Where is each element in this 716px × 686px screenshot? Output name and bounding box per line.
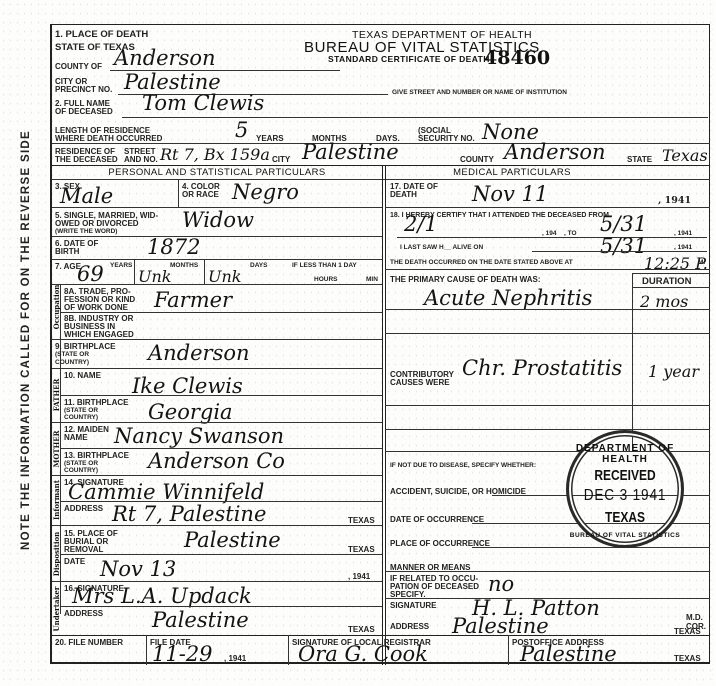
md-label: M.D. xyxy=(686,613,703,622)
mother-name: Nancy Swanson xyxy=(114,425,284,447)
father-name-label: 10. NAME xyxy=(64,371,101,380)
contributory-duration: 1 year xyxy=(648,361,699,383)
residence-years: 5 xyxy=(235,119,248,141)
birthplace-label-3: COUNTRY) xyxy=(55,359,89,366)
street-hint: GIVE STREET AND NUMBER OR NAME OF INSTIT… xyxy=(392,89,567,96)
m-label: M. xyxy=(698,259,705,266)
informant-address-label: ADDRESS xyxy=(64,504,103,513)
attended-to: 5/31 xyxy=(600,213,647,235)
undertaker-texas: TEXAS xyxy=(348,625,375,634)
street-label-2: AND NO. xyxy=(124,155,158,164)
years-label: YEARS xyxy=(256,134,284,143)
received-stamp: DEPARTMENT OF HEALTH RECEIVED DEC 3 1941… xyxy=(566,430,684,548)
last-saw-date: 5/31 xyxy=(600,235,647,257)
age-less-than-day-label: IF LESS THAN 1 DAY xyxy=(292,262,357,269)
mother-group-label: MOTHER xyxy=(52,423,61,475)
attended-from-year: , 194 xyxy=(542,230,556,237)
burial-date-label: DATE xyxy=(64,557,85,566)
undertaker-group-label: Undertaker xyxy=(52,581,61,637)
death-time-label: THE DEATH OCCURRED ON THE DATE STATED AB… xyxy=(390,259,573,266)
physician-signature-label: SIGNATURE xyxy=(390,601,437,610)
burial-year-suffix: , 1941 xyxy=(348,572,370,581)
age-years: 69 xyxy=(77,263,104,285)
residence-county: Anderson xyxy=(504,141,606,163)
to-label: , TO xyxy=(564,230,577,237)
mother-birthplace-label-3: COUNTRY) xyxy=(64,467,98,474)
attended-to-year: , 1941 xyxy=(674,230,692,237)
undertaker-address-label: ADDRESS xyxy=(64,609,103,618)
residence-city: Palestine xyxy=(302,141,399,163)
death-year: , 1941 xyxy=(658,195,691,206)
color-label-2: OR RACE xyxy=(182,190,219,199)
primary-cause: Acute Nephritis xyxy=(424,287,592,309)
residence-county-label: COUNTY xyxy=(460,155,494,164)
city-label-2: PRECINCT NO. xyxy=(55,85,112,94)
industry-label-3: WHICH ENGAGED xyxy=(64,330,134,339)
file-year-suffix: , 1941 xyxy=(224,654,246,663)
form-title: STANDARD CERTIFICATE OF DEATH xyxy=(328,54,490,64)
trade-label-3: OF WORK DONE xyxy=(64,303,128,312)
place-of-death-label: 1. PLACE OF DEATH xyxy=(55,29,148,40)
reverse-side-note: NOTE THE INFORMATION CALLED FOR ON THE R… xyxy=(20,20,32,660)
father-birthplace-label-1: 11. BIRTHPLACE xyxy=(64,398,128,407)
age-years-label: YEARS xyxy=(110,262,132,269)
stamp-ring-bottom: BUREAU OF VITAL STATISTICS xyxy=(569,532,681,539)
residence-state-label: STATE xyxy=(627,155,652,164)
stamp-ring-top: DEPARTMENT OF HEALTH xyxy=(569,443,681,465)
informant-address: Rt 7, Palestine xyxy=(112,503,266,525)
residence-street: Rt 7, Bx 159a xyxy=(160,144,270,166)
birthplace-label-1: 9. BIRTHPLACE xyxy=(55,342,115,351)
personal-section-title: PERSONAL AND STATISTICAL PARTICULARS xyxy=(52,167,382,178)
contributory-label-2: CAUSES WERE xyxy=(390,378,450,387)
death-certificate: 1. PLACE OF DEATH STATE OF TEXAS TEXAS D… xyxy=(50,24,710,664)
postoffice-texas: TEXAS xyxy=(674,654,701,663)
occupation-group-label: Occupation xyxy=(52,284,61,330)
trade-value: Farmer xyxy=(154,289,232,311)
last-saw-year: , 1941 xyxy=(674,244,692,251)
contributory-cause: Chr. Prostatitis xyxy=(462,357,622,379)
mother-name-label-2: NAME xyxy=(64,433,88,442)
residence-city-label: CITY xyxy=(272,155,290,164)
not-disease-label: IF NOT DUE TO DISEASE, SPECIFY WHETHER: xyxy=(390,462,536,469)
age-days-label: DAYS xyxy=(250,262,267,269)
primary-cause-label: THE PRIMARY CAUSE OF DEATH WAS: xyxy=(390,275,541,284)
residence-label-2: THE DECEASED xyxy=(55,155,118,164)
postoffice-value: Palestine xyxy=(520,643,617,665)
min-label: MIN xyxy=(366,276,378,283)
mother-birthplace-label-2: (STATE OR xyxy=(64,460,98,467)
color-value: Negro xyxy=(232,181,299,203)
physician-texas: TEXAS xyxy=(674,627,701,636)
informant-group-label: Informant xyxy=(52,475,61,525)
certificate-number: 48460 xyxy=(484,47,550,69)
sex-value: Male xyxy=(60,185,113,207)
death-date: Nov 11 xyxy=(472,183,548,205)
last-saw-label: I LAST SAW H__ ALIVE ON xyxy=(400,244,483,251)
marital-label-2: OWED OR DIVORCED xyxy=(55,219,139,228)
occupation-related-value: no xyxy=(488,573,514,595)
father-birthplace-label-3: COUNTRY) xyxy=(64,414,98,421)
marital-label-3: (WRITE THE WORD) xyxy=(55,228,117,235)
stamp-date: DEC 3 1941 xyxy=(577,487,672,505)
deceased-name: Tom Clewis xyxy=(142,92,264,114)
birthplace-label-2: (STATE OR xyxy=(55,351,89,358)
occurrence-date-label: DATE OF OCCURRENCE xyxy=(390,515,484,524)
county-value: Anderson xyxy=(114,47,216,69)
file-date: 11-29 xyxy=(152,643,213,665)
burial-date: Nov 13 xyxy=(100,558,176,580)
mother-birthplace-label-1: 13. BIRTHPLACE xyxy=(64,451,129,460)
city-value: Palestine xyxy=(124,71,221,93)
age-months-label: MONTHS xyxy=(170,262,198,269)
residence-state: Texas xyxy=(662,145,708,167)
ssn-label-2: SECURITY NO. xyxy=(418,134,475,143)
stamp-received: RECEIVED xyxy=(580,467,670,484)
father-name: Ike Clewis xyxy=(132,375,243,397)
birthplace-value: Anderson xyxy=(148,342,250,364)
county-label: COUNTY OF xyxy=(55,62,102,71)
burial-place: Palestine xyxy=(184,529,281,551)
father-birthplace: Georgia xyxy=(148,401,233,423)
informant-texas: TEXAS xyxy=(348,516,375,525)
death-date-label-2: DEATH xyxy=(390,190,417,199)
birth-value: 1872 xyxy=(147,236,200,258)
undertaker-signature: Mrs L.A. Updack xyxy=(72,585,252,607)
informant-signature: Cammie Winnifeld xyxy=(68,481,264,503)
medical-section-title: MEDICAL PARTICULARS xyxy=(387,167,637,178)
burial-texas: TEXAS xyxy=(348,545,375,554)
attended-from: 2/1 xyxy=(404,213,438,235)
birth-label-2: BIRTH xyxy=(55,247,79,256)
burial-label-3: REMOVAL xyxy=(64,545,103,554)
physician-address: Palestine xyxy=(452,615,549,637)
father-birthplace-label-2: (STATE OR xyxy=(64,407,98,414)
name-label-2: OF DECEASED xyxy=(55,107,113,116)
mother-birthplace: Anderson Co xyxy=(148,450,285,472)
file-number-label: 20. FILE NUMBER xyxy=(55,638,123,647)
residence-length-label-2: WHERE DEATH OCCURRED xyxy=(55,134,162,143)
stamp-state: TEXAS xyxy=(580,509,670,526)
physician-address-label: ADDRESS xyxy=(390,622,429,631)
marital-value: Widow xyxy=(182,209,254,231)
registrar-signature: Ora G. Cook xyxy=(298,643,428,665)
duration-label: DURATION xyxy=(642,276,691,287)
undertaker-address: Palestine xyxy=(152,609,249,631)
hours-label: HOURS xyxy=(314,276,337,283)
